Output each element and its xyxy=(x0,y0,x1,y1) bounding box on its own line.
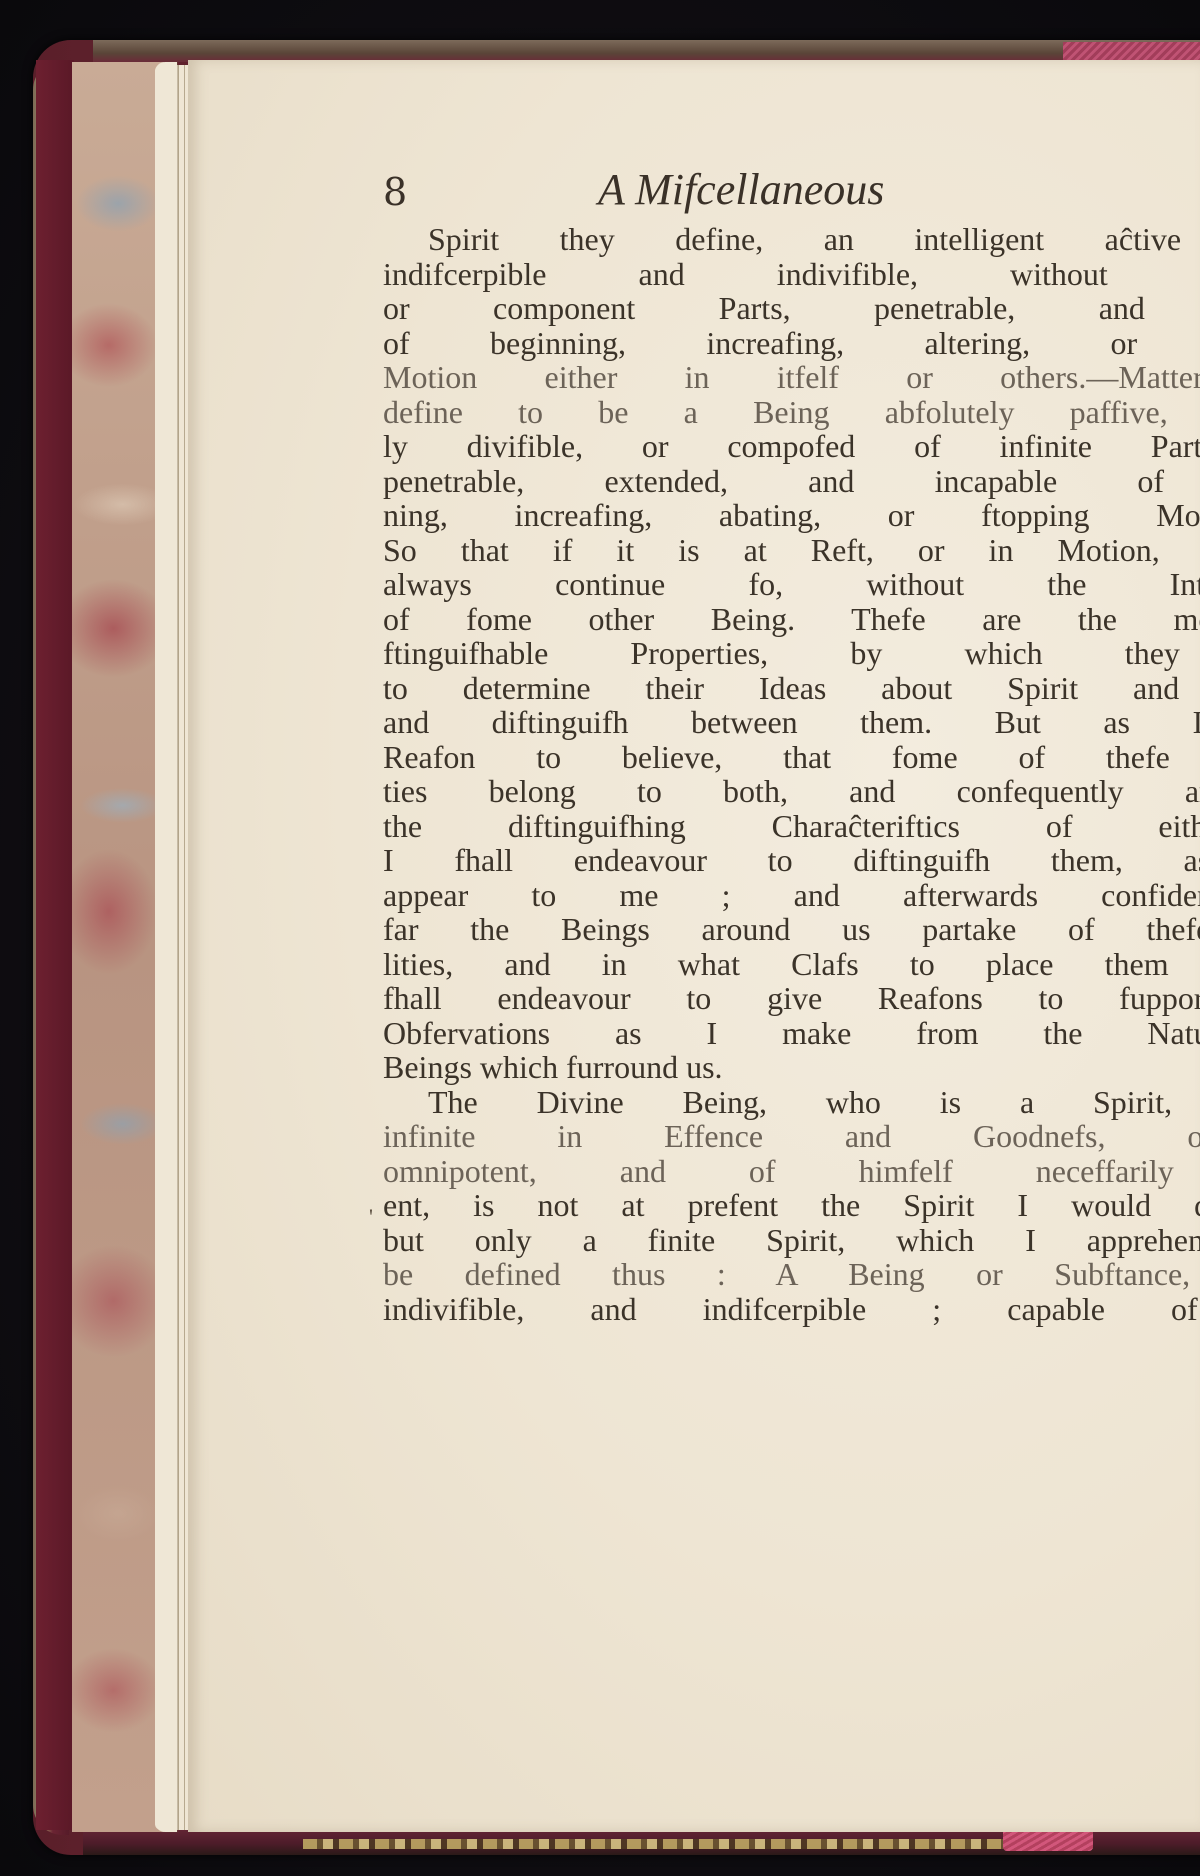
page-number: 8 xyxy=(383,170,407,214)
page-content: 8 A Mifcellaneous Spirit they define, an… xyxy=(383,170,1200,240)
text-line: ftinguifhable Properties, by which they … xyxy=(383,636,1200,671)
text-line: indivifible, and indifcerpible ; capable… xyxy=(383,1292,1200,1327)
text-line: be defined thus : A Being or Subftance, … xyxy=(383,1257,1200,1292)
text-line: but only a finite Spirit, which I appreh… xyxy=(383,1223,1200,1258)
text-line: ly divifible, or compofed of infinite Pa… xyxy=(383,429,1200,464)
gilt-tooling-bottom xyxy=(303,1839,1093,1849)
body-text: Spirit they define, an intelligent aĉtiv… xyxy=(383,222,1200,1361)
text-line: infinite in Effence and Goodnefs, omnifc… xyxy=(383,1119,1200,1154)
catchword: motion, xyxy=(383,1326,1200,1361)
text-line: far the Beings around us partake of thef… xyxy=(383,912,1200,947)
text-line: Motion either in itfelf or others.—Matte… xyxy=(383,360,1200,395)
text-line: Obfervations as I make from the Nature o… xyxy=(383,1016,1200,1051)
text-line: fhall endeavour to give Reafons to fuppo… xyxy=(383,981,1200,1016)
text-line: ning, increafing, abating, or ftopping M… xyxy=(383,498,1200,533)
text-line: and diftinguifh between them. But as I h… xyxy=(383,705,1200,740)
text-line: Spirit they define, an intelligent aĉtiv… xyxy=(383,222,1200,257)
text-line: penetrable, extended, and incapable of b… xyxy=(383,464,1200,499)
marbled-endpaper xyxy=(72,62,164,1832)
text-line: Reafon to believe, that fome of thefe Pr… xyxy=(383,740,1200,775)
text-line: always continue fo, without the Interven… xyxy=(383,567,1200,602)
text-line: ent, is not at prefent the Spirit I woul… xyxy=(383,1188,1200,1223)
margin-pencil-mark: ' xyxy=(369,1200,373,1235)
book-page: 8 A Mifcellaneous Spirit they define, an… xyxy=(188,60,1200,1832)
text-line: Beings which furround us. xyxy=(383,1050,1200,1085)
text-line: So that if it is at Reft, or in Motion, … xyxy=(383,533,1200,568)
text-line: lities, and in what Clafs to place them … xyxy=(383,947,1200,982)
text-line: ties belong to both, and confequently ar… xyxy=(383,774,1200,809)
text-line: omnipotent, and of himfelf neceffarily e… xyxy=(383,1154,1200,1189)
text-line: to determine their Ideas about Spirit an… xyxy=(383,671,1200,706)
flyleaf-edge xyxy=(155,62,177,1832)
text-line: of fome other Being. Thefe are the moft … xyxy=(383,602,1200,637)
running-title: A Mifcellaneous xyxy=(598,164,884,215)
text-line: define to be a Being abfolutely paffive,… xyxy=(383,395,1200,430)
turn-in-leather xyxy=(36,60,74,1830)
cover-top-edge xyxy=(93,40,1200,62)
text-line: I fhall endeavour to diftinguifh them, a… xyxy=(383,843,1200,878)
text-line: or component Parts, penetrable, and capa… xyxy=(383,291,1200,326)
ribbon-marker-top xyxy=(1063,42,1200,60)
text-line: the diftinguifhing Charaĉteriftics of ei… xyxy=(383,809,1200,844)
text-line: The Divine Being, who is a Spirit, etern… xyxy=(383,1085,1200,1120)
text-line: appear to me ; and afterwards confider h… xyxy=(383,878,1200,913)
text-line: of beginning, increafing, altering, or f… xyxy=(383,326,1200,361)
book-photograph: 8 A Mifcellaneous Spirit they define, an… xyxy=(0,0,1200,1876)
text-line: indifcerpible and indivifible, without E… xyxy=(383,257,1200,292)
